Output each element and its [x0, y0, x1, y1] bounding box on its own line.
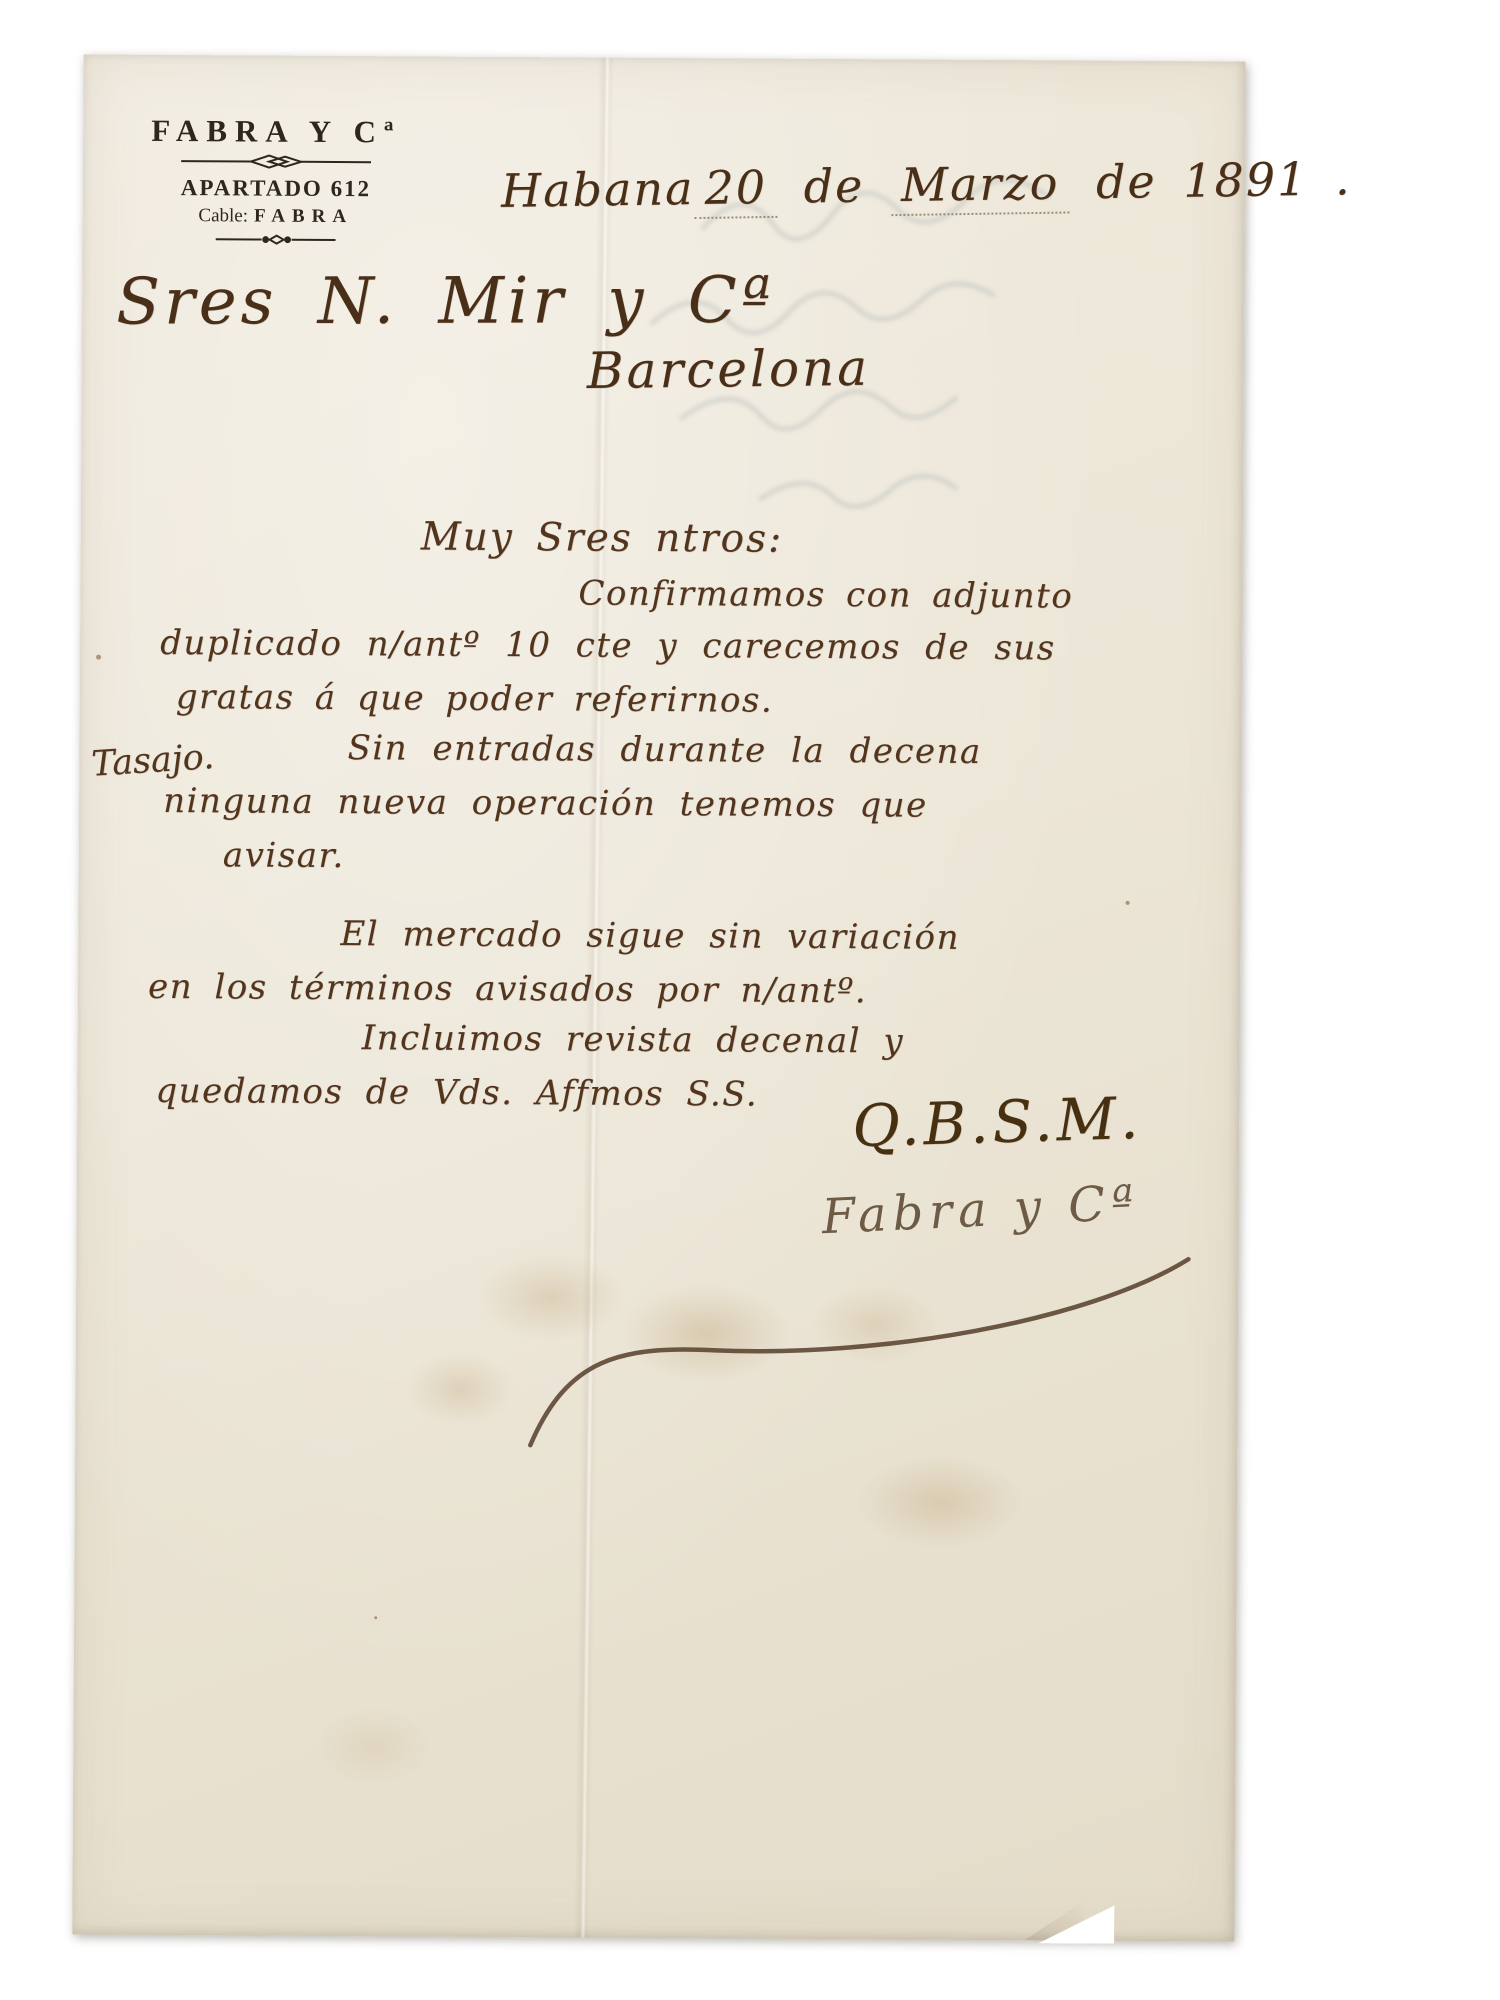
- dateline-month: Marzo: [891, 155, 1070, 216]
- signature: Fabra y Cª: [821, 1175, 1141, 1246]
- recipient-city: Barcelona: [587, 339, 871, 400]
- body-line: El mercado sigue sin variación: [340, 914, 960, 958]
- dateline-day: 20: [694, 160, 777, 219]
- paper-stain: [313, 1706, 433, 1787]
- paper-stain: [811, 1284, 941, 1365]
- paper-stain: [621, 1283, 792, 1384]
- ornament-divider-icon: [181, 153, 371, 170]
- salutation: Muy Sres ntros:: [421, 515, 784, 562]
- photo-background: FABRA Y Cª APARTADO 612 Cable:FABRA: [0, 0, 1500, 2000]
- foxing-speck: [96, 655, 101, 660]
- dateline-de: de: [803, 159, 864, 214]
- letterhead-company-name: FABRA Y Cª: [121, 113, 431, 151]
- cable-value: FABRA: [254, 206, 353, 228]
- recipient-name: Sres N. Mir y Cª: [116, 264, 775, 340]
- letterhead-cable: Cable:FABRA: [121, 205, 431, 229]
- letterhead-apartado: APARTADO 612: [121, 175, 431, 203]
- dateline-period: .: [1335, 151, 1352, 205]
- margin-note-tasajo: Tasajo.: [90, 737, 215, 785]
- body-line: gratas á que poder referirnos.: [176, 677, 774, 721]
- body-line: en los términos avisados por n/antº.: [148, 967, 867, 1011]
- body-line: quedamos de Vds. Affmos S.S.: [155, 1071, 758, 1115]
- ornament-divider-small-icon: [216, 233, 336, 246]
- paper-stain: [476, 1252, 627, 1343]
- body-line: duplicado n/antº 10 cte y carecemos de s…: [160, 623, 1056, 668]
- closing-qbsm: Q.B.S.M.: [851, 1084, 1143, 1160]
- body-line: Sin entradas durante la decena: [347, 728, 981, 772]
- body-line: ninguna nueva operación tenemos que: [163, 781, 928, 826]
- letter-paper: FABRA Y Cª APARTADO 612 Cable:FABRA: [72, 54, 1245, 1941]
- body-line: avisar.: [223, 835, 345, 876]
- body-line: Incluimos revista decenal y: [362, 1018, 904, 1061]
- foxing-speck: [1126, 901, 1130, 905]
- dateline-city: Habana: [501, 161, 695, 218]
- foxing-speck: [374, 1616, 377, 1619]
- paper-stain: [405, 1351, 515, 1427]
- letterhead: FABRA Y Cª APARTADO 612 Cable:FABRA: [121, 113, 432, 247]
- dateline-year: 1891: [1183, 152, 1309, 208]
- dateline-de: de: [1096, 154, 1157, 209]
- paper-stain: [855, 1454, 1026, 1550]
- body-line: Confirmamos con adjunto: [578, 574, 1073, 617]
- cable-label: Cable:: [198, 205, 248, 226]
- dateline: Habana20 de Marzo de 1891 .: [501, 151, 1352, 218]
